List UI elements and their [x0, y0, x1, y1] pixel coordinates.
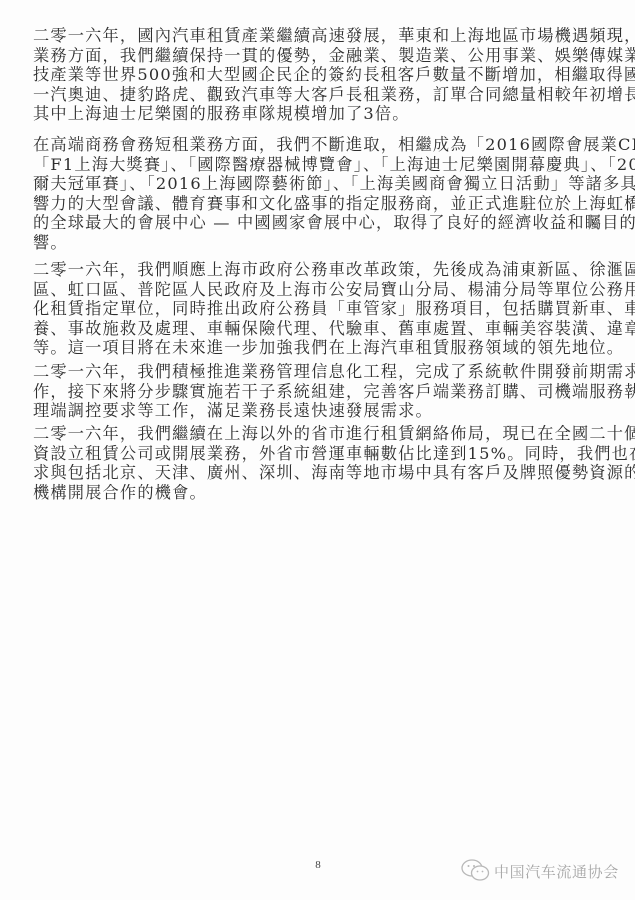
- text-line: 作，接下來將分步驟實施若干子系統組建，完善客戶端業務訂購、司機端服務執行及管: [33, 382, 607, 402]
- text-line: 技產業等世界500強和大型國企民企的簽約長租客戶數量不斷增加，相繼取得國家電網、: [33, 65, 607, 85]
- text-line: 求與包括北京、天津、廣州、深圳、海南等地市場中具有客戶及牌照優勢資源的公司和: [33, 463, 607, 483]
- text-line: 的全球最大的會展中心 — 中國國家會展中心，取得了良好的經濟收益和矚目的營銷影: [33, 213, 607, 233]
- paragraph-it-system: 二零一六年，我們積極推進業務管理信息化工程，完成了系統軟件開發前期需求摸底工 作…: [33, 362, 607, 421]
- watermark-text: 中国汽车流通协会: [494, 861, 619, 882]
- text-line: 爾夫冠軍賽」、「2016上海國際藝術節」、「上海美國商會獨立日活動」等諸多具有國…: [33, 174, 607, 194]
- watermark: 中国汽车流通协会: [460, 858, 619, 884]
- text-line: 在高端商務會務短租業務方面，我們不斷進取，相繼成為「2016國際會展業CEO峰會…: [33, 135, 607, 155]
- paragraph-short-term-rental: 在高端商務會務短租業務方面，我們不斷進取，相繼成為「2016國際會展業CEO峰會…: [33, 135, 607, 253]
- page-number: 8: [312, 859, 324, 871]
- text-line: 二零一六年，我們繼續在上海以外的省市進行租賃網絡佈局，現已在全國二十個城市投: [33, 424, 607, 444]
- text-line: 二零一六年，國內汽車租賃產業繼續高速發展，華東和上海地區市場機遇頻現，在長租: [33, 26, 607, 46]
- text-line: 等。這一項目將在未來進一步加強我們在上海汽車租賃服務領域的領先地位。: [33, 338, 607, 358]
- text-line: 資設立租賃公司或開展業務，外省市營運車輛數佔比達到15%。同時，我們也在積極尋: [33, 444, 607, 464]
- paragraph-government-vehicle-reform: 二零一六年，我們順應上海市政府公務車改革政策，先後成為浦東新區、徐滙區、楊浦 區…: [33, 260, 607, 358]
- document-page: 二零一六年，國內汽車租賃產業繼續高速發展，華東和上海地區市場機遇頻現，在長租 業…: [0, 0, 635, 900]
- text-line: 一汽奧迪、捷豹路虎、觀致汽車等大客戶長租業務，訂單合同總量相較年初增長15%，: [33, 85, 607, 105]
- text-line: 二零一六年，我們順應上海市政府公務車改革政策，先後成為浦東新區、徐滙區、楊浦: [33, 260, 607, 280]
- paragraph-long-term-rental: 二零一六年，國內汽車租賃產業繼續高速發展，華東和上海地區市場機遇頻現，在長租 業…: [33, 26, 607, 124]
- text-line: 「F1上海大獎賽」、「國際醫療器械博覽會」、「上海迪士尼樂園開幕慶典」、「201…: [33, 155, 607, 175]
- text-line: 其中上海迪士尼樂園的服務車隊規模增加了3倍。: [33, 104, 607, 124]
- text-line: 業務方面，我們繼續保持一貫的優勢，金融業、製造業、公用事業、娛樂傳媒業、高科: [33, 46, 607, 66]
- text-line: 機構開展合作的機會。: [33, 483, 607, 503]
- text-line: 理端調控要求等工作，滿足業務長遠快速發展需求。: [33, 401, 607, 421]
- wechat-icon: [460, 858, 492, 884]
- paragraph-network-expansion: 二零一六年，我們繼續在上海以外的省市進行租賃網絡佈局，現已在全國二十個城市投 資…: [33, 424, 607, 502]
- text-line: 二零一六年，我們積極推進業務管理信息化工程，完成了系統軟件開發前期需求摸底工: [33, 362, 607, 382]
- text-line: 響。: [33, 233, 607, 253]
- text-line: 化租賃指定單位，同時推出政府公務員「車管家」服務項目，包括購買新車、車輛維修保: [33, 299, 607, 319]
- text-line: 區、虹口區、普陀區人民政府及上海市公安局寶山分局、楊浦分局等單位公務用車社會: [33, 280, 607, 300]
- text-line: 響力的大型會議、體育賽事和文化盛事的指定服務商，並正式進駐位於上海虹橋商務區: [33, 194, 607, 214]
- text-line: 養、事故施救及處理、車輛保險代理、代驗車、舊車處置、車輛美容裝潢、違章代處理: [33, 319, 607, 339]
